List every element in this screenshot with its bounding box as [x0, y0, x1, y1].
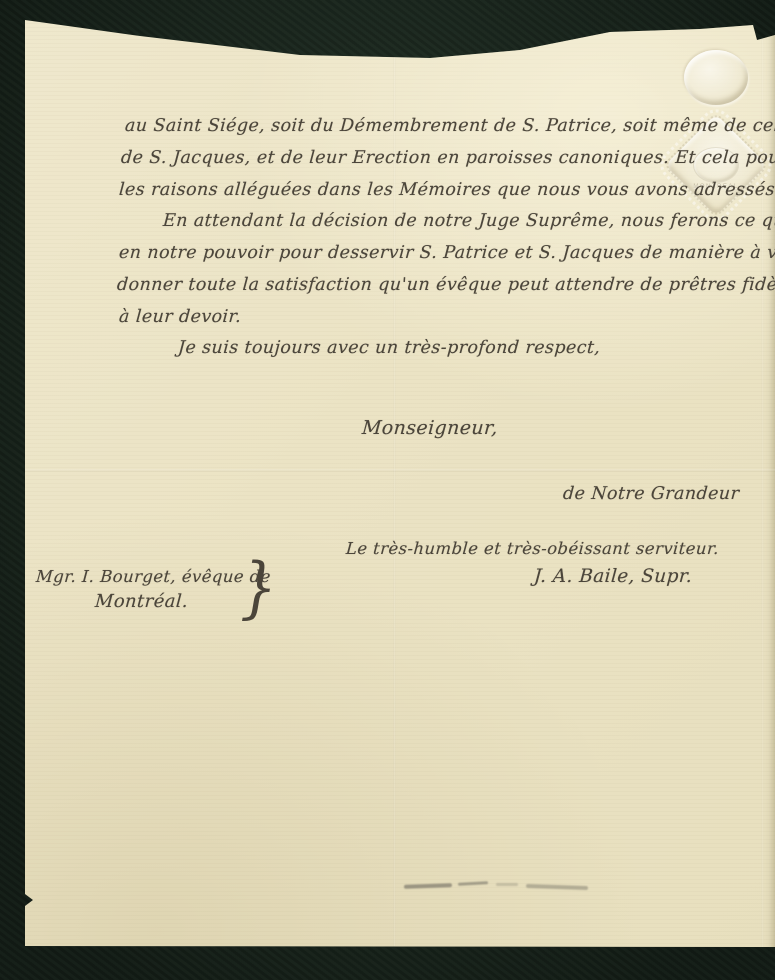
- addressee-line-1: Mgr. I. Bourget, évêque de: [35, 567, 271, 586]
- body-line: donner toute la satisfaction qu'un évêqu…: [116, 275, 775, 295]
- servant-line: Le très-humble et très-obéissant servite…: [345, 539, 719, 558]
- body-line: au Saint Siége, soit du Démembrement de …: [124, 116, 775, 136]
- body-line: à leur devoir.: [118, 307, 242, 327]
- erased-pencil-mark: [398, 878, 598, 894]
- body-line: les raisons alléguées dans les Mémoires …: [118, 180, 775, 200]
- body-line: de S. Jacques, et de leur Erection en pa…: [120, 148, 775, 168]
- body-line: En attendant la décision de notre Juge S…: [162, 211, 775, 231]
- signature: J. A. Baile, Supr.: [533, 566, 693, 587]
- vertical-fold-crease: [393, 0, 396, 980]
- grandeur-line: de Notre Grandeur: [562, 484, 740, 504]
- body-line: en notre pouvoir pour desservir S. Patri…: [118, 243, 775, 263]
- embossed-oval-seal: [684, 50, 748, 105]
- closing-line: Je suis toujours avec un très-profond re…: [177, 338, 601, 358]
- right-edge-crease: [761, 0, 764, 980]
- addressee-line-2: Montréal.: [94, 591, 189, 612]
- letter-page: MONTREAL au Saint Siége, soit du Démembr…: [0, 0, 775, 980]
- salutation: Monseigneur,: [361, 417, 498, 439]
- horizontal-fold-crease: [25, 469, 775, 472]
- addressee-brace: }: [240, 548, 277, 626]
